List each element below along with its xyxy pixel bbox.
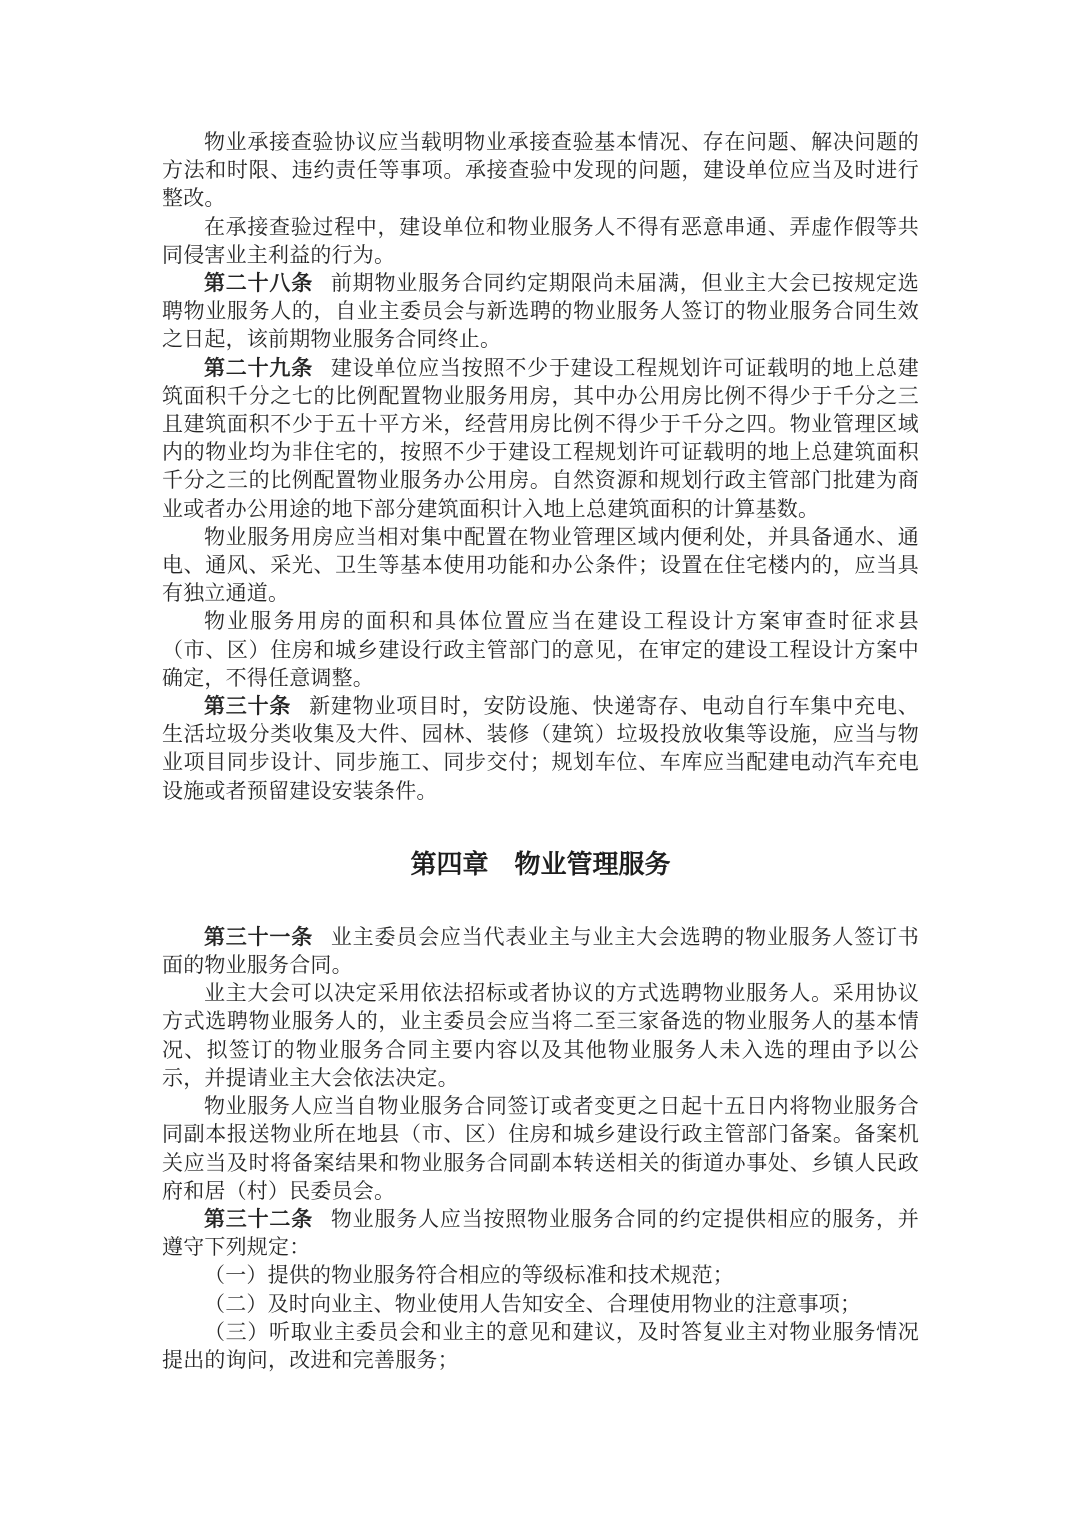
paragraph-text: 在承接查验过程中，建设单位和物业服务人不得有恶意串通、弄虚作假等共同侵害业主利益… — [162, 215, 919, 267]
article-paragraph: 第三十条新建物业项目时，安防设施、快递寄存、电动自行车集中充电、生活垃圾分类收集… — [162, 692, 919, 805]
paragraph-text: 物业服务用房应当相对集中配置在物业管理区域内便利处，并具备通水、通电、通风、采光… — [162, 525, 919, 605]
paragraph: 物业承接查验协议应当载明物业承接查验基本情况、存在问题、解决问题的方法和时限、违… — [162, 128, 919, 213]
article-paragraph: 第二十九条建设单位应当按照不少于建设工程规划许可证载明的地上总建筑面积千分之七的… — [162, 354, 919, 523]
article-number: 第二十八条 — [204, 271, 313, 295]
chapter-heading: 第四章 物业管理服务 — [162, 848, 919, 882]
document-content: 物业承接查验协议应当载明物业承接查验基本情况、存在问题、解决问题的方法和时限、违… — [162, 128, 919, 1374]
article-paragraph: 第二十八条前期物业服务合同约定期限尚未届满，但业主大会已按规定选聘物业服务人的，… — [162, 269, 919, 354]
paragraph-text: 物业服务用房的面积和具体位置应当在建设工程设计方案审查时征求县（市、区）住房和城… — [162, 609, 919, 689]
article-paragraph: 第三十二条物业服务人应当按照物业服务合同的约定提供相应的服务，并遵守下列规定： — [162, 1205, 919, 1261]
article-number: 第二十九条 — [204, 356, 313, 380]
paragraph-text: 业主大会可以决定采用依法招标或者协议的方式选聘物业服务人。采用协议方式选聘物业服… — [162, 981, 919, 1090]
paragraph: 在承接查验过程中，建设单位和物业服务人不得有恶意串通、弄虚作假等共同侵害业主利益… — [162, 213, 919, 269]
article-number: 第三十二条 — [204, 1207, 313, 1231]
paragraph: 物业服务用房的面积和具体位置应当在建设工程设计方案审查时征求县（市、区）住房和城… — [162, 607, 919, 692]
paragraph-text: 物业服务人应当自物业服务合同签订或者变更之日起十五日内将物业服务合同副本报送物业… — [162, 1094, 919, 1203]
paragraph: 物业服务用房应当相对集中配置在物业管理区域内便利处，并具备通水、通电、通风、采光… — [162, 523, 919, 608]
paragraph: 物业服务人应当自物业服务合同签订或者变更之日起十五日内将物业服务合同副本报送物业… — [162, 1092, 919, 1205]
article-number: 第三十条 — [204, 694, 291, 718]
list-item: （三）听取业主委员会和业主的意见和建议，及时答复业主对物业服务情况提出的询问，改… — [162, 1318, 919, 1374]
paragraph: 业主大会可以决定采用依法招标或者协议的方式选聘物业服务人。采用协议方式选聘物业服… — [162, 979, 919, 1092]
list-item: （一）提供的物业服务符合相应的等级标准和技术规范； — [162, 1261, 919, 1289]
paragraph-text: （二）及时向业主、物业使用人告知安全、合理使用物业的注意事项； — [204, 1292, 861, 1316]
paragraph-text: （三）听取业主委员会和业主的意见和建议，及时答复业主对物业服务情况提出的询问，改… — [162, 1320, 919, 1372]
document-page: 物业承接查验协议应当载明物业承接查验基本情况、存在问题、解决问题的方法和时限、违… — [0, 0, 1080, 1526]
paragraph-text: 物业承接查验协议应当载明物业承接查验基本情况、存在问题、解决问题的方法和时限、违… — [162, 130, 919, 210]
article-paragraph: 第三十一条业主委员会应当代表业主与业主大会选聘的物业服务人签订书面的物业服务合同… — [162, 923, 919, 979]
paragraph-text: 建设单位应当按照不少于建设工程规划许可证载明的地上总建筑面积千分之七的比例配置物… — [162, 356, 919, 521]
list-item: （二）及时向业主、物业使用人告知安全、合理使用物业的注意事项； — [162, 1290, 919, 1318]
article-number: 第三十一条 — [204, 925, 313, 949]
paragraph-text: （一）提供的物业服务符合相应的等级标准和技术规范； — [204, 1263, 734, 1287]
